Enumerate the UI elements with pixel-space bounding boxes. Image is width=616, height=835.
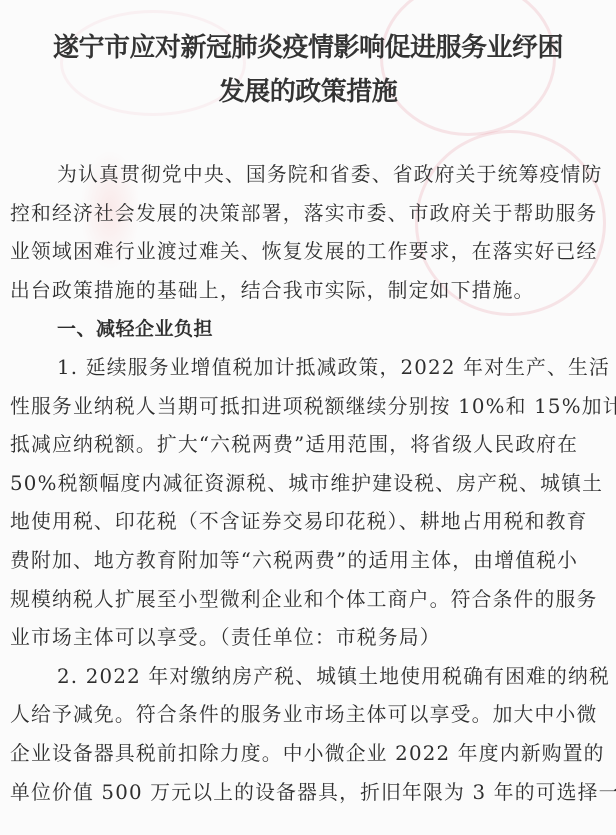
item-2-line: 单位价值 500 万元以上的设备器具，折旧年限为 3 年的可选择一 [10,774,610,813]
section-heading: 一、减轻企业负担 [10,310,610,349]
item-1-line: 地使用税、印花税（不含证券交易印花税）、耕地占用税和教育 [10,503,610,542]
item-2-line: 2. 2022 年对缴纳房产税、城镇土地使用税确有困难的纳税 [10,658,610,697]
item-1-line: 性服务业纳税人当期可抵扣进项税额继续分别按 10%和 15%加计 [10,388,610,427]
paragraph-intro-line: 控和经济社会发展的决策部署，落实市委、市政府关于帮助服务 [10,195,610,234]
item-1-line: 规模纳税人扩展至小型微利企业和个体工商户。符合条件的服务 [10,581,610,620]
item-2-line: 人给予减免。符合条件的服务业市场主体可以享受。加大中小微 [10,696,610,735]
paragraph-intro-line: 业领域困难行业渡过难关、恢复发展的工作要求，在落实好已经 [10,233,610,272]
document-title: 遂宁市应对新冠肺炎疫情影响促进服务业纾困 发展的政策措施 [0,26,616,114]
paragraph-intro-line: 为认真贯彻党中央、国务院和省委、省政府关于统筹疫情防 [10,156,610,195]
item-1-line: 费附加、地方教育附加等“六税两费”的适用主体，由增值税小 [10,542,610,581]
item-1-line: 抵减应纳税额。扩大“六税两费”适用范围，将省级人民政府在 [10,426,610,465]
title-line: 发展的政策措施 [0,70,616,114]
document-body: 为认真贯彻党中央、国务院和省委、省政府关于统筹疫情防 控和经济社会发展的决策部署… [10,156,610,812]
item-1-line: 业市场主体可以享受。（责任单位：市税务局） [10,619,610,658]
item-1-line: 50%税额幅度内减征资源税、城市维护建设税、房产税、城镇土 [10,465,610,504]
paragraph-intro-line: 出台政策措施的基础上，结合我市实际，制定如下措施。 [10,272,610,311]
item-2-line: 企业设备器具税前扣除力度。中小微企业 2022 年度内新购置的 [10,735,610,774]
title-line: 遂宁市应对新冠肺炎疫情影响促进服务业纾困 [0,26,616,70]
item-1-line: 1. 延续服务业增值税加计抵减政策，2022 年对生产、生活 [10,349,610,388]
